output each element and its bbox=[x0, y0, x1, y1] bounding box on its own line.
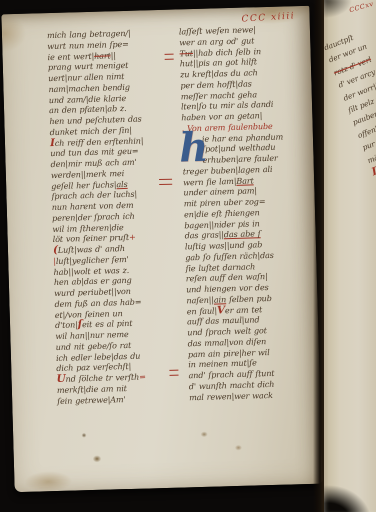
text-segment-rundl: als bbox=[116, 178, 127, 188]
text-segment: gab ſo ſuſſen räch|das bbox=[185, 250, 274, 262]
text-segment: ſelben pub bbox=[226, 293, 272, 304]
text-segment: mal rewen|wer wack bbox=[189, 389, 273, 401]
text-segment: dem fuß an das hab= bbox=[54, 296, 141, 308]
text-segment: das gras|| bbox=[184, 230, 223, 241]
right-page-partial: CCCxv dauctpſtder wor unrotz d' verld' v… bbox=[324, 0, 376, 512]
red-margin-mark bbox=[159, 179, 172, 185]
text-segment: d'ton| bbox=[55, 320, 78, 331]
text-segment-strike: hart bbox=[94, 50, 111, 60]
text-segment-red: + bbox=[129, 232, 136, 242]
text-segment: en faul| bbox=[187, 305, 218, 316]
right-page-text: dauctpſtder wor unrotz d' verld' ver arc… bbox=[324, 0, 376, 417]
text-segment: || bbox=[111, 50, 116, 60]
text-segment: naſen|| bbox=[186, 294, 214, 305]
text-segment-red: = bbox=[139, 372, 146, 382]
manuscript-photo: CCC xiiii mich lang betragen/|wurt nun m… bbox=[0, 0, 376, 512]
text-column-1: mich lang betragen/|wurt nun mein ſpe=ie… bbox=[47, 26, 193, 406]
text-segment-rcap: U bbox=[56, 373, 65, 385]
text-segment: wurt nun mein ſpe= bbox=[47, 39, 129, 51]
text-segment-strike: Tut bbox=[179, 48, 193, 58]
text-segment: nd ſölche tr verſth bbox=[65, 372, 139, 384]
folio-number-right: CCCxv bbox=[349, 0, 375, 14]
text-segment: eit es al pint bbox=[82, 318, 133, 329]
blue-drop-cap: h bbox=[179, 127, 209, 170]
text-segment: ſein getrewe|Am' bbox=[57, 394, 126, 406]
red-margin-mark bbox=[169, 370, 178, 376]
red-margin-mark bbox=[165, 54, 174, 60]
text-segment-rundl: das abe ſ bbox=[224, 228, 261, 239]
text-segment-rundl: Bart bbox=[236, 175, 254, 185]
text-segment: er am tet bbox=[225, 304, 263, 315]
text-segment: pam ain pire|her wil bbox=[188, 347, 270, 359]
left-page: CCC xiiii mich lang betragen/|wurt nun m… bbox=[1, 6, 322, 492]
text-segment: wern ſie lam| bbox=[183, 175, 236, 186]
text-segment: ie ent wert| bbox=[47, 50, 94, 61]
text-column-2: laſſeſt weſen newe|wer an arg od' gutTut… bbox=[179, 23, 325, 403]
